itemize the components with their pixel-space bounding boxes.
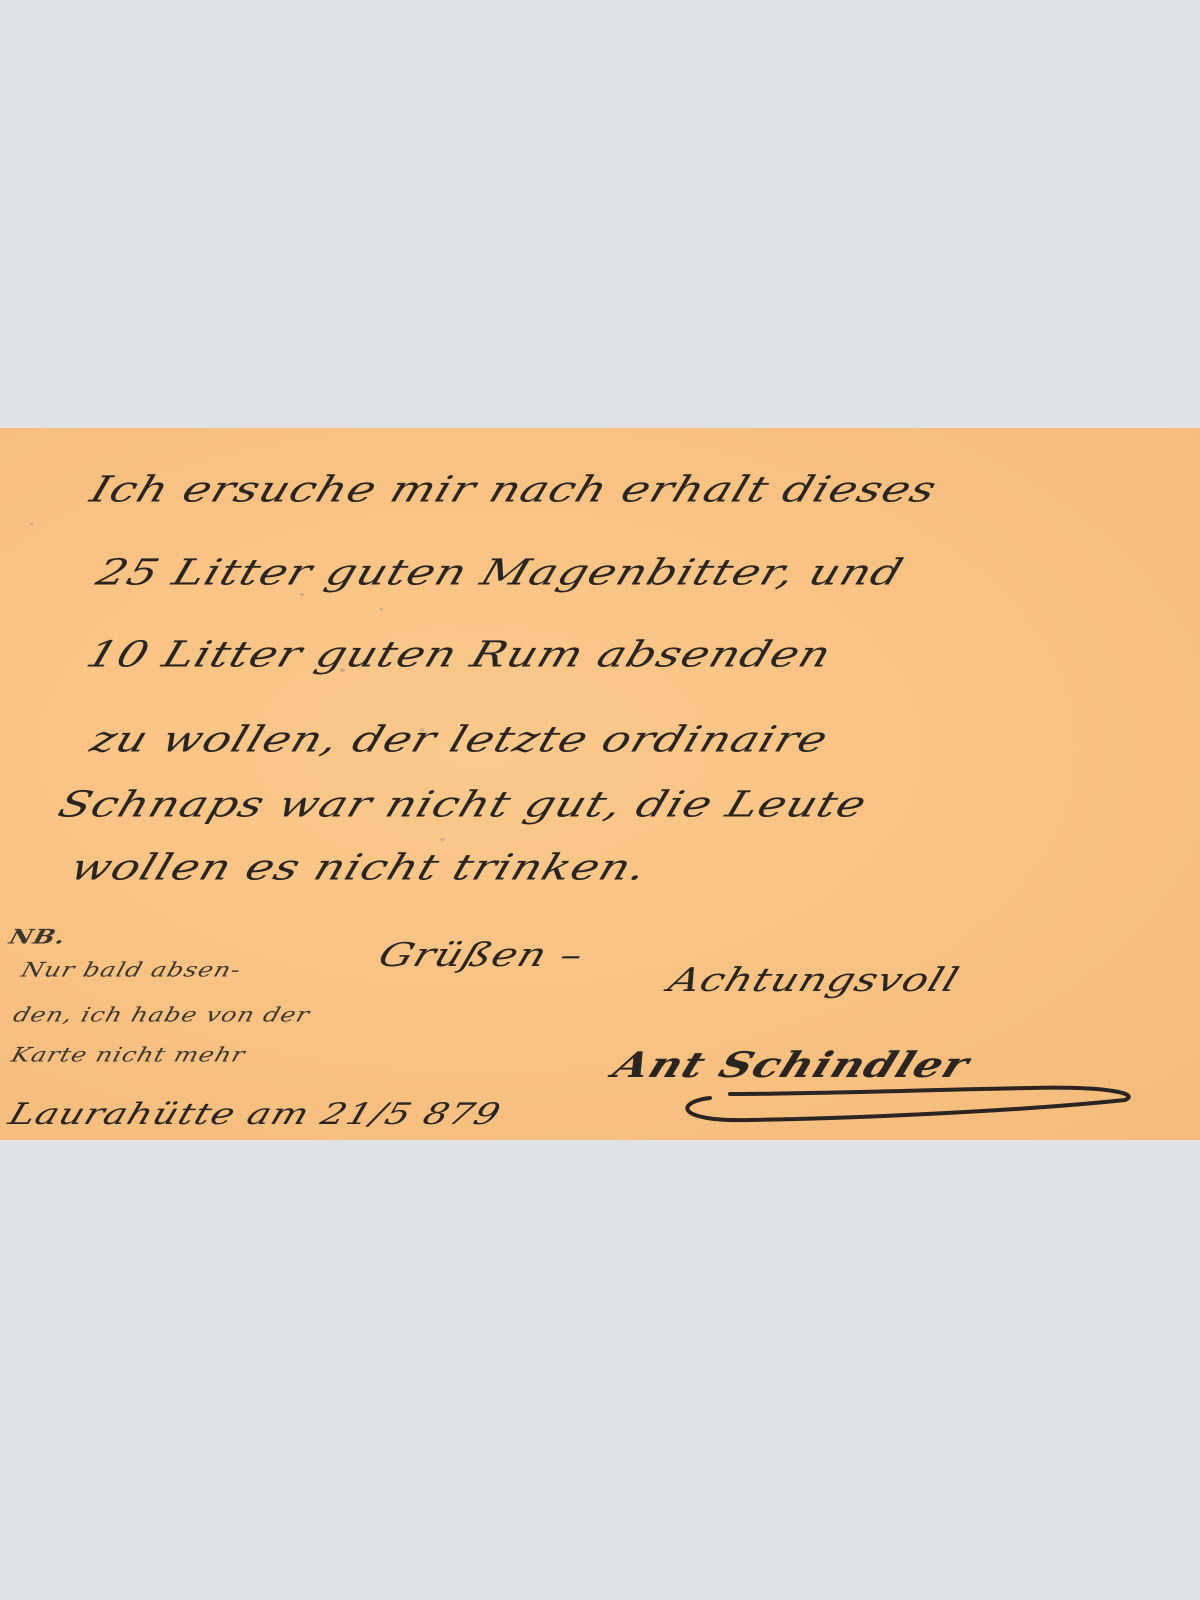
- greeting: Grüßen –: [374, 935, 589, 973]
- body-line-4: zu wollen, der letzte ordinaire: [85, 718, 834, 760]
- postscript-line-3: Karte nicht mehr: [9, 1043, 249, 1066]
- body-line-1: Ich ersuche mir nach erhalt dieses: [85, 468, 942, 510]
- body-line-5: Schnaps war nicht gut, die Leute: [53, 783, 872, 825]
- body-line-6: wollen es nicht trinken.: [65, 846, 653, 888]
- body-line-3: 10 Litter guten Rum absenden: [81, 633, 837, 675]
- postscript-line-1: Nur bald absen-: [19, 958, 244, 981]
- body-line-2: 25 Litter guten Magenbitter, und: [91, 551, 909, 593]
- postscript-marker: NB.: [7, 925, 69, 948]
- signature-flourish: [670, 1080, 1140, 1124]
- closing-phrase: Achtungsvoll: [664, 960, 965, 998]
- place-date: Laurahütte am 21/5 879: [4, 1097, 505, 1131]
- postscript-line-2: den, ich habe von der: [11, 1003, 313, 1026]
